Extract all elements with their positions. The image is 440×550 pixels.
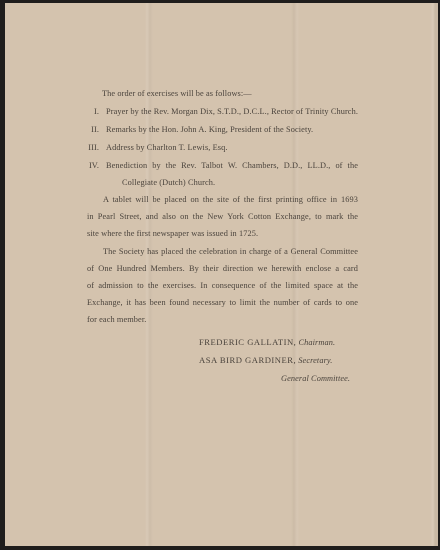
exercise-number: IV. <box>83 161 99 170</box>
document-page: The order of exercises will be as follow… <box>5 3 438 546</box>
exercise-number: I. <box>83 107 99 116</box>
signature-secretary: ASA BIRD GARDINER, Secretary. <box>199 355 332 365</box>
intro-line: The order of exercises will be as follow… <box>102 89 252 98</box>
exercise-number: III. <box>83 143 99 152</box>
paragraph-line: of admission to the exercises. In conseq… <box>87 281 358 290</box>
signature-name: ASA BIRD GARDINER, <box>199 355 296 365</box>
exercise-item: Prayer by the Rev. Morgan Dix, S.T.D., D… <box>106 107 358 116</box>
paragraph-line: of One Hundred Members. By their directi… <box>87 264 358 273</box>
committee-text: General Committee. <box>281 374 350 383</box>
paragraph-line: for each member. <box>87 315 146 324</box>
exercise-item: Address by Charlton T. Lewis, Esq. <box>106 143 228 152</box>
paragraph-line: Exchange, it has been found necessary to… <box>87 298 358 307</box>
exercise-item: Remarks by the Hon. John A. King, Presid… <box>106 125 313 134</box>
committee-label: General Committee. <box>281 374 350 383</box>
exercise-continuation: Collegiate (Dutch) Church. <box>122 178 215 187</box>
exercise-number: II. <box>83 125 99 134</box>
signature-chairman: FREDERIC GALLATIN, Chairman. <box>199 337 335 347</box>
exercise-item: Benediction by the Rev. Talbot W. Chambe… <box>106 161 358 170</box>
signature-name: FREDERIC GALLATIN, <box>199 337 296 347</box>
paragraph-line: A tablet will be placed on the site of t… <box>87 195 358 204</box>
paragraph-line: site where the first newspaper was issue… <box>87 229 258 238</box>
paragraph-line: The Society has placed the celebration i… <box>87 247 358 256</box>
paragraph-line: in Pearl Street, and also on the New Yor… <box>87 212 358 221</box>
signature-title: Chairman. <box>299 338 336 347</box>
signature-title: Secretary. <box>298 356 332 365</box>
